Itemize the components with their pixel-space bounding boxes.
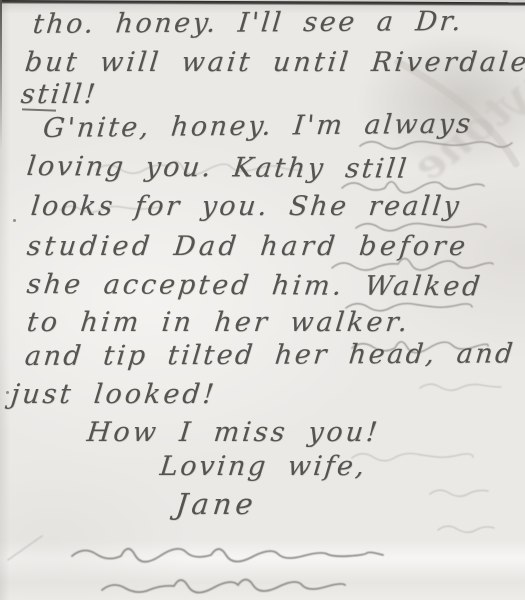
letter-line-8: she accepted him. Walked xyxy=(25,269,484,302)
closing-line-miss-you: How I miss you! xyxy=(85,417,381,448)
letter-line-5: loving you. Kathy still xyxy=(25,151,410,185)
letter-line-2: but will wait until Riverdale, xyxy=(23,47,525,78)
letter-line-6: looks for you. She really xyxy=(29,191,462,222)
letter-line-11: just looked! xyxy=(9,379,218,410)
letter-page: Skytone tho. honey. I'll see a Dr. but w… xyxy=(0,0,525,600)
closing-line-loving-wife: Loving wife, xyxy=(158,451,368,482)
letter-line-3: still! xyxy=(19,79,99,110)
letter-line-1: tho. honey. I'll see a Dr. xyxy=(31,6,464,40)
stray-pencil-dot xyxy=(13,219,16,222)
letter-line-10: and tip tilted her head, and xyxy=(23,338,516,372)
stray-pencil-dot xyxy=(6,391,9,394)
letter-line-9: to him in her walker. xyxy=(25,307,411,338)
signature-line: Jane xyxy=(174,487,258,521)
letter-line-4: G'nite, honey. I'm always xyxy=(42,108,475,144)
letter-line-7: studied Dad hard before xyxy=(25,231,470,262)
